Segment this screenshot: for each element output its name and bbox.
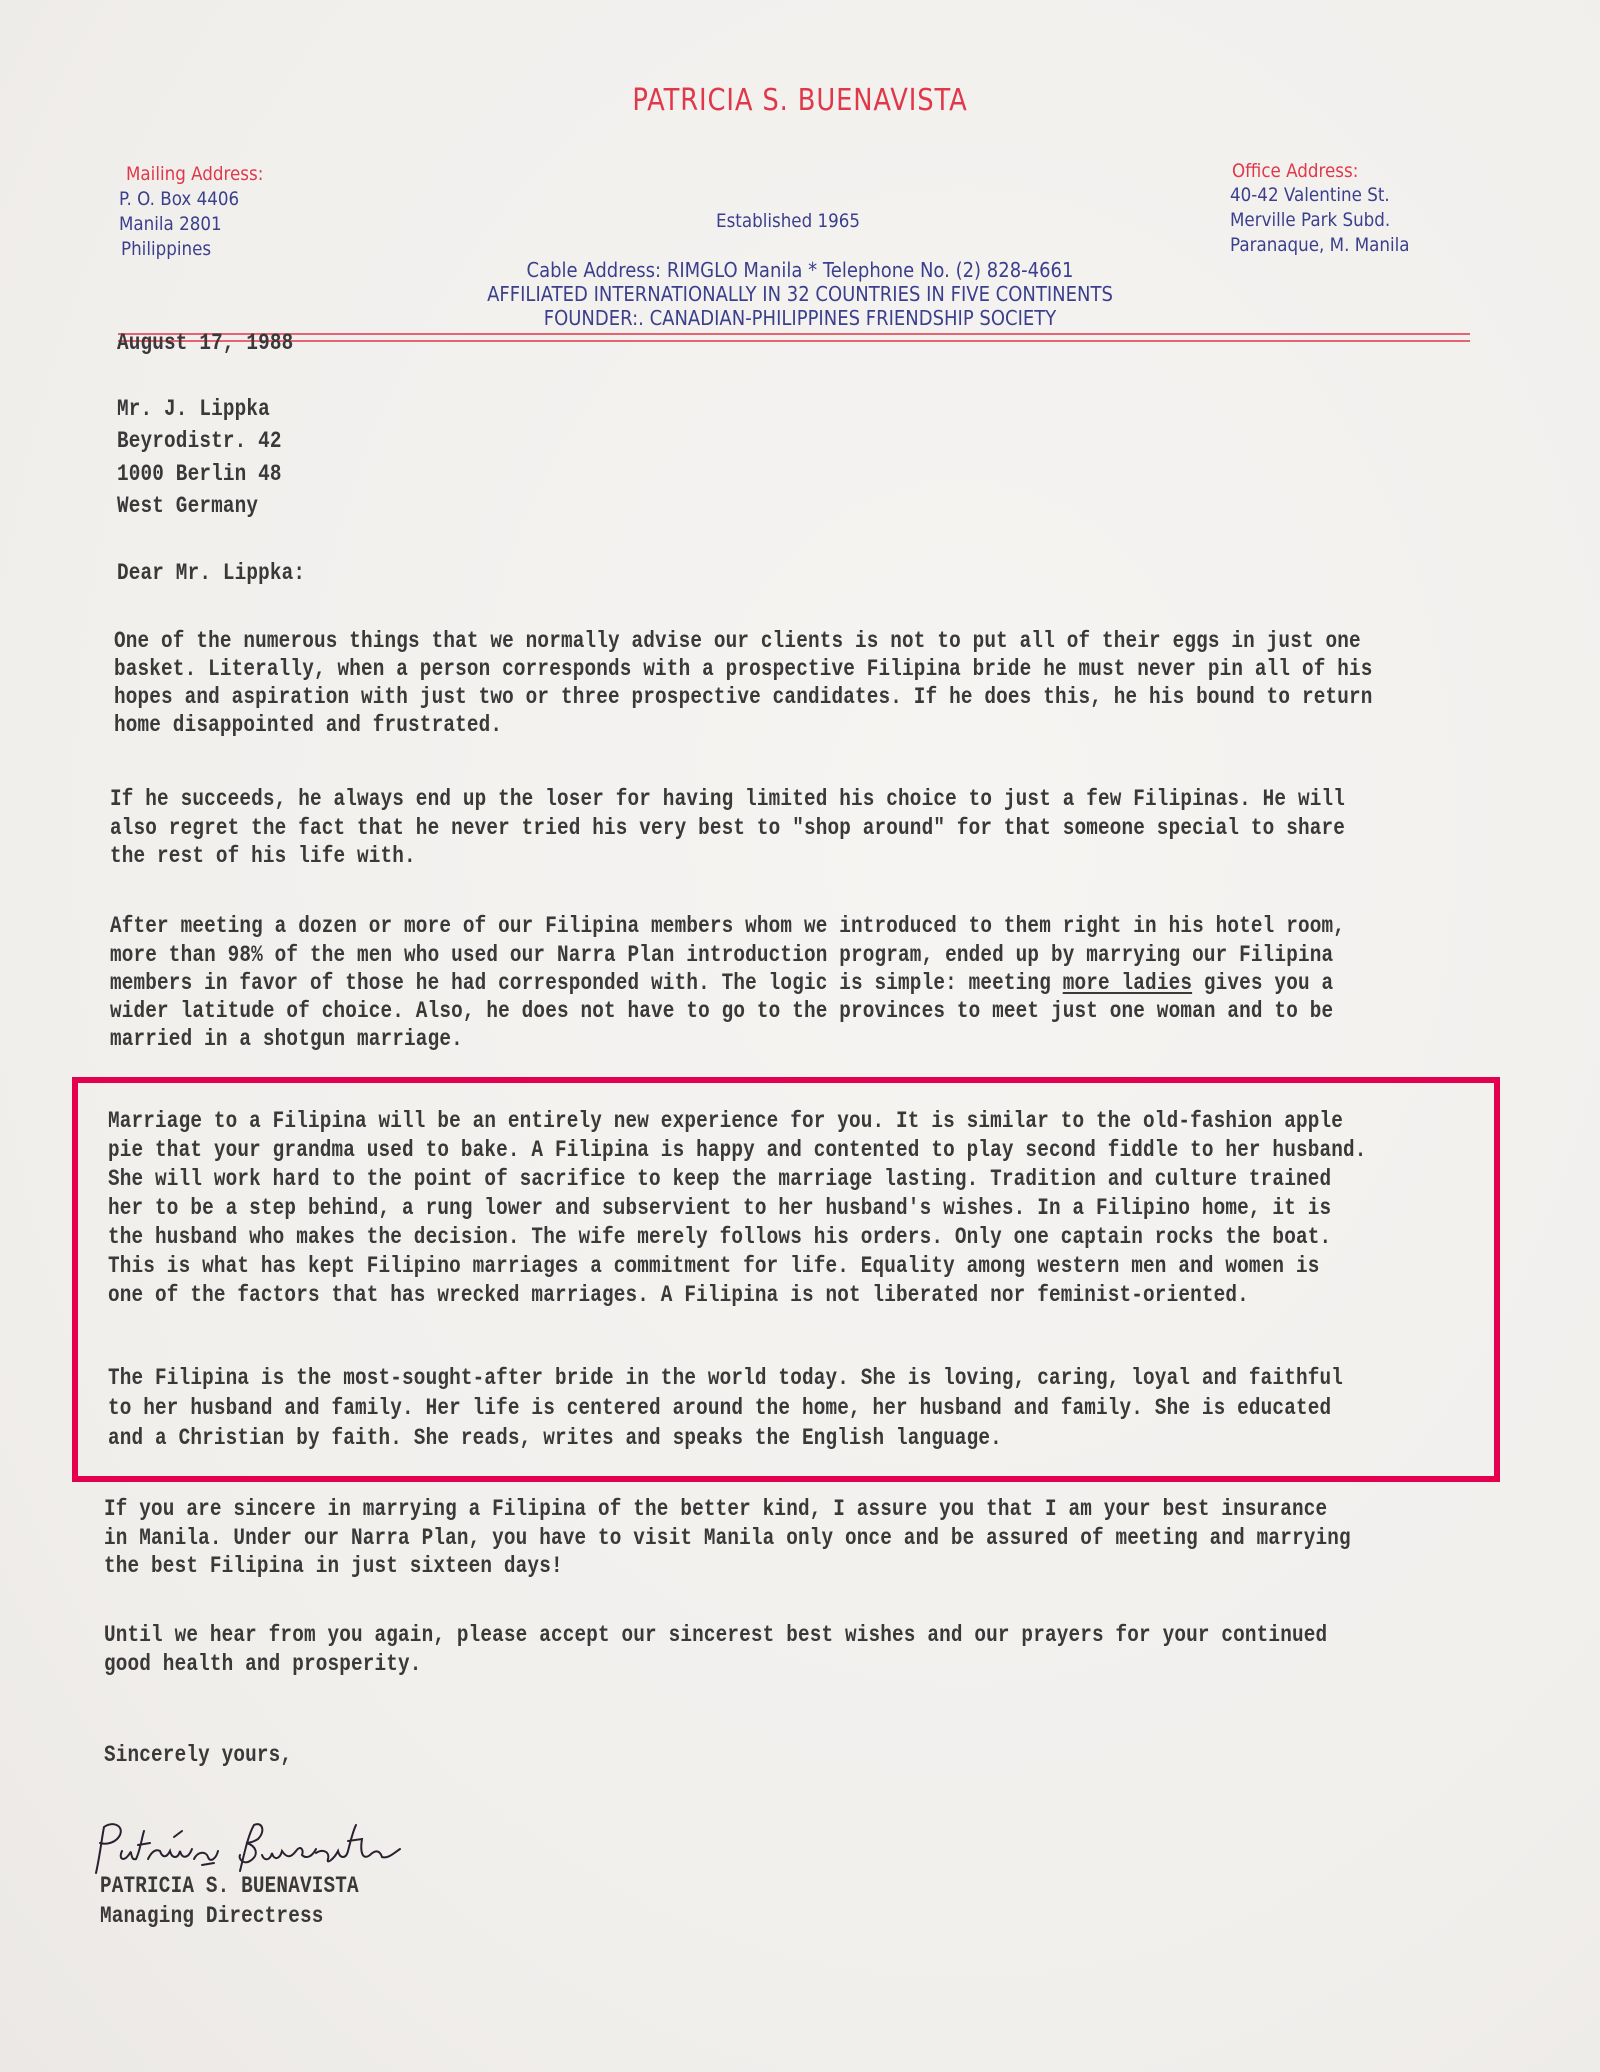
body-line: good health and prosperity. xyxy=(104,1651,422,1677)
mailing-address-line: Manila 2801 xyxy=(119,213,222,235)
recipient-line: West Germany xyxy=(117,493,258,519)
body-line: If he succeeds, he always end up the los… xyxy=(110,786,1345,812)
letterhead-name: PATRICIA S. BUENAVISTA xyxy=(112,83,1488,118)
closing: Sincerely yours, xyxy=(104,1742,292,1768)
body-line: The Filipina is the most-sought-after br… xyxy=(108,1365,1343,1391)
body-line: One of the numerous things that we norma… xyxy=(114,628,1361,654)
body-line: wider latitude of choice. Also, he does … xyxy=(110,998,1333,1024)
body-text: members in favor of those he had corresp… xyxy=(110,970,1063,996)
underlined-phrase: more ladies xyxy=(1063,970,1192,996)
office-address-line: 40-42 Valentine St. xyxy=(1230,184,1390,206)
office-address-line: Merville Park Subd. xyxy=(1230,209,1390,231)
body-line: If you are sincere in marrying a Filipin… xyxy=(104,1496,1327,1522)
body-line: hopes and aspiration with just two or th… xyxy=(114,684,1373,710)
office-address-label: Office Address: xyxy=(1232,160,1358,182)
body-line: also regret the fact that he never tried… xyxy=(110,815,1345,841)
affiliation-line: AFFILIATED INTERNATIONALLY IN 32 COUNTRI… xyxy=(80,282,1520,306)
cable-telephone-line: Cable Address: RIMGLO Manila * Telephone… xyxy=(80,258,1520,282)
body-line: to her husband and family. Her life is c… xyxy=(108,1395,1331,1421)
body-line: one of the factors that has wrecked marr… xyxy=(108,1282,1249,1308)
body-line: She will work hard to the point of sacri… xyxy=(108,1166,1331,1192)
body-line: basket. Literally, when a person corresp… xyxy=(114,656,1373,682)
body-line: and a Christian by faith. She reads, wri… xyxy=(108,1425,1002,1451)
office-address-line: Paranaque, M. Manila xyxy=(1230,234,1410,256)
recipient-line: Mr. J. Lippka xyxy=(117,396,270,422)
body-line: Until we hear from you again, please acc… xyxy=(104,1622,1327,1648)
signer-name: PATRICIA S. BUENAVISTA xyxy=(100,1873,359,1899)
letterhead-rule-bottom xyxy=(118,340,1470,342)
body-line: home disappointed and frustrated. xyxy=(114,712,502,738)
salutation: Dear Mr. Lippka: xyxy=(117,560,305,586)
letter-page: PATRICIA S. BUENAVISTA Mailing Address: … xyxy=(0,0,1600,2072)
mailing-address-line: P. O. Box 4406 xyxy=(119,188,239,210)
body-line: the rest of his life with. xyxy=(110,843,416,869)
body-line: This is what has kept Filipino marriages… xyxy=(108,1253,1319,1279)
body-line: pie that your grandma used to bake. A Fi… xyxy=(108,1137,1367,1163)
signer-title: Managing Directress xyxy=(100,1903,323,1929)
body-line: Marriage to a Filipina will be an entire… xyxy=(108,1108,1343,1134)
body-line: more than 98% of the men who used our Na… xyxy=(110,942,1333,968)
established-year: Established 1965 xyxy=(716,210,860,232)
mailing-address-label: Mailing Address: xyxy=(126,163,263,185)
body-line: her to be a step behind, a rung lower an… xyxy=(108,1195,1331,1221)
body-line: members in favor of those he had corresp… xyxy=(110,970,1333,996)
body-line: After meeting a dozen or more of our Fil… xyxy=(110,913,1345,939)
letter-date: August 17, 1988 xyxy=(117,330,293,356)
letterhead-rule-top xyxy=(118,333,1470,335)
body-text: gives you a xyxy=(1192,970,1333,996)
body-line: the best Filipina in just sixteen days! xyxy=(104,1553,563,1579)
body-line: in Manila. Under our Narra Plan, you hav… xyxy=(104,1525,1351,1551)
recipient-line: 1000 Berlin 48 xyxy=(117,461,282,487)
founder-line: FOUNDER:. CANADIAN-PHILIPPINES FRIENDSHI… xyxy=(80,306,1520,330)
recipient-line: Beyrodistr. 42 xyxy=(117,428,282,454)
body-line: married in a shotgun marriage. xyxy=(110,1026,463,1052)
body-line: the husband who makes the decision. The … xyxy=(108,1224,1331,1250)
mailing-address-line: Philippines xyxy=(121,238,211,260)
